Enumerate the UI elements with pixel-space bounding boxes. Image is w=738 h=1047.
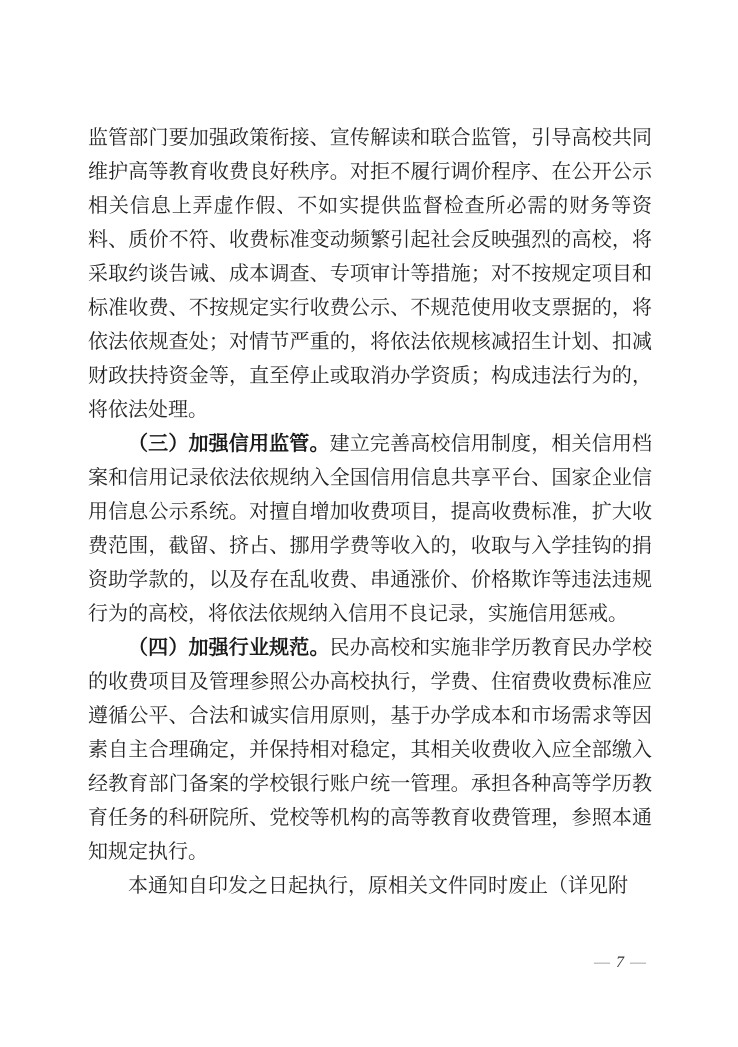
section-heading-item-3: （三）加强信用监管。: [128, 433, 330, 455]
page-number-right-dash: —: [624, 954, 652, 971]
paragraph-text: 监管部门要加强政策衔接、宣传解读和联合监管，引导高校共同维护高等教育收费良好秩序…: [88, 127, 652, 421]
page-number: —7—: [88, 953, 652, 973]
page-number-value: 7: [616, 954, 624, 971]
paragraph-item-4: （四）加强行业规范。民办高校和实施非学历教育民办学校的收费项目及管理参照公办高校…: [88, 631, 652, 869]
paragraph-continuation: 监管部门要加强政策衔接、宣传解读和联合监管，引导高校共同维护高等教育收费良好秩序…: [88, 121, 652, 427]
paragraph-text: 建立完善高校信用制度，相关信用档案和信用记录依法依规纳入全国信用信息共享平台、国…: [88, 433, 652, 625]
section-heading-item-4: （四）加强行业规范。: [128, 637, 330, 659]
paragraph-item-3: （三）加强信用监管。建立完善高校信用制度，相关信用档案和信用记录依法依规纳入全国…: [88, 427, 652, 631]
paragraph-text: 民办高校和实施非学历教育民办学校的收费项目及管理参照公办高校执行，学费、住宿费收…: [88, 637, 652, 863]
paragraph-effective-date: 本通知自印发之日起执行，原相关文件同时废止（详见附: [88, 869, 652, 903]
page-number-left-dash: —: [588, 954, 616, 971]
document-page: 监管部门要加强政策衔接、宣传解读和联合监管，引导高校共同维护高等教育收费良好秩序…: [0, 0, 738, 1047]
paragraph-text: 本通知自印发之日起执行，原相关文件同时废止（详见附: [128, 875, 628, 897]
document-body: 监管部门要加强政策衔接、宣传解读和联合监管，引导高校共同维护高等教育收费良好秩序…: [88, 121, 652, 903]
